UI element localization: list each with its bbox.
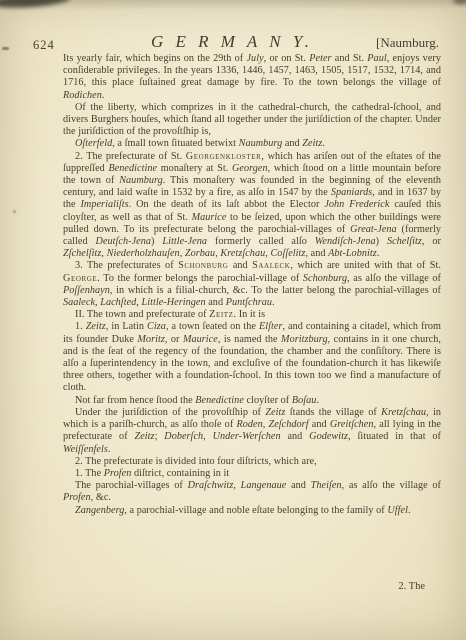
book-page-scan: 624 G E R M A N Y. [Naumburg. Its yearly…	[0, 0, 466, 640]
scan-edge-shading	[0, 0, 466, 10]
text-run: , as alſo the village of	[342, 480, 441, 491]
italic-text: Benedictine	[108, 163, 157, 174]
paragraph: Of the liberty, which comprizes in it th…	[63, 102, 441, 139]
small-caps-text: Zeitz	[209, 309, 233, 320]
text-run: .	[316, 395, 319, 406]
italic-text: Profen	[104, 468, 132, 479]
text-run: Under the juriſdiction of the provoſtſhi…	[75, 407, 265, 418]
italic-text: Zangenberg	[75, 505, 124, 516]
text-run: .	[322, 138, 325, 149]
paragraph: 2. The prefecturate is divided into four…	[63, 456, 441, 468]
text-run: 1.	[75, 321, 86, 332]
text-run: and	[281, 431, 310, 442]
text-run: and	[309, 419, 330, 430]
italic-text: Schelſitz	[387, 236, 422, 247]
italic-text: Deutſch-Jena	[96, 236, 151, 247]
text-run: 1. The	[75, 468, 104, 479]
body-text: Its yearly fair, which begins on the 29t…	[63, 53, 441, 517]
text-run: monaſtery at St.	[157, 163, 232, 174]
italic-text: Saaleck	[63, 297, 95, 308]
italic-text: Boſau	[292, 395, 317, 406]
text-run: ſtands the village of	[285, 407, 381, 418]
italic-text: Naumburg	[119, 175, 163, 186]
text-run: , as alſo the village of	[347, 273, 441, 284]
text-run: 2. The prefecturate is divided into four…	[75, 456, 317, 467]
text-run: II. The town and prefecturate of	[75, 309, 209, 320]
italic-text: Maurice	[192, 212, 227, 223]
text-run: . To the former belongs the parochial-vi…	[97, 273, 303, 284]
text-run: cloyſter of	[244, 395, 292, 406]
italic-text: Poſſenhayn	[63, 285, 110, 296]
italic-text: Little-Jena	[162, 236, 207, 247]
text-run: .	[377, 248, 380, 259]
italic-text: Theiſen	[311, 480, 342, 491]
text-run: .	[408, 505, 411, 516]
italic-text: Zorbau	[185, 248, 215, 259]
page-header: 624 G E R M A N Y. [Naumburg.	[33, 30, 441, 54]
paragraph: II. The town and prefecturate of Zeitz. …	[63, 309, 441, 321]
text-run: ;	[155, 431, 165, 442]
text-run: .	[108, 444, 111, 455]
running-head-keyword: [Naumburg.	[376, 35, 439, 51]
italic-text: Benedictine	[195, 395, 244, 406]
italic-text: Peter	[309, 53, 331, 64]
italic-text: Maurice	[183, 334, 218, 345]
italic-text: Schonburg	[303, 273, 347, 284]
italic-text: Ciza	[147, 321, 166, 332]
italic-text: Puntſchrau	[226, 297, 272, 308]
text-run: 2. The prefecturate of St.	[75, 151, 186, 162]
paragraph: 1. The Profen diſtrict, containing in it	[63, 468, 441, 480]
italic-text: Zeitz	[86, 321, 106, 332]
text-run: and	[286, 480, 310, 491]
italic-text: Great-Jena	[350, 224, 397, 235]
text-run: The parochial-villages of	[75, 480, 188, 491]
page-number: 624	[33, 38, 55, 53]
italic-text: Langenaue	[241, 480, 287, 491]
text-run: , a ſmall town ſituated betwixt	[112, 138, 238, 149]
text-run: formerly called alſo	[207, 236, 315, 247]
text-run: Of the liberty, which comprizes in it th…	[63, 102, 441, 137]
italic-text: Coſſelitz	[270, 248, 305, 259]
paragraph: Under the juriſdiction of the provoſtſhi…	[63, 407, 441, 456]
text-run: Its yearly fair, which begins on the 29t…	[63, 53, 246, 64]
text-run: , or	[165, 334, 183, 345]
italic-text: Profen	[63, 492, 91, 503]
small-caps-text: Schonburg	[178, 260, 228, 271]
running-title: G E R M A N Y.	[113, 32, 351, 52]
italic-text: Draſchwitz	[188, 480, 234, 491]
paragraph: 1. Zeitz, in Latin Ciza, a town ſeated o…	[63, 321, 441, 394]
italic-text: Moritzburg	[281, 334, 328, 345]
text-run: , is named the	[218, 334, 281, 345]
paragraph: Oſterfeld, a ſmall town ſituated betwixt…	[63, 138, 441, 150]
text-run: .	[272, 297, 275, 308]
small-caps-text: George	[63, 273, 97, 284]
text-run: )	[151, 236, 162, 247]
text-run: and St.	[332, 53, 368, 64]
italic-text: Lachſted	[100, 297, 136, 308]
text-run: )	[376, 236, 387, 247]
italic-text: Zeitz	[302, 138, 322, 149]
small-caps-text: Saaleck	[252, 260, 290, 271]
italic-text: Elſter	[259, 321, 283, 332]
italic-text: Kretzſchau	[220, 248, 265, 259]
italic-text: Weiſſenfels	[63, 444, 108, 455]
text-run: , or on St.	[264, 53, 310, 64]
paragraph: Not far from hence ſtood the Benedictine…	[63, 395, 441, 407]
italic-text: Little-Heringen	[142, 297, 206, 308]
catchword: 2. The	[398, 581, 425, 592]
italic-text: Uffel	[387, 505, 408, 516]
small-caps-text: Georgenkloster	[186, 151, 262, 162]
text-run: , in Latin	[106, 321, 147, 332]
italic-text: Wendiſch-Jena	[315, 236, 376, 247]
text-run: Not far from hence ſtood the	[75, 395, 195, 406]
italic-text: Niederholzhauſen	[107, 248, 180, 259]
italic-text: John Frederick	[324, 199, 389, 210]
text-run: and	[228, 260, 252, 271]
text-run: , &c.	[91, 492, 111, 503]
italic-text: Godewitz	[309, 431, 348, 442]
italic-text: Zeſchdorf	[269, 419, 309, 430]
text-run: ,	[233, 480, 240, 491]
italic-text: Kretzſchau	[381, 407, 426, 418]
text-run: , a parochial-village and noble eſtate b…	[124, 505, 387, 516]
italic-text: Zeitz	[265, 407, 285, 418]
italic-text: Under-Werſchen	[213, 431, 281, 442]
text-run: diſtrict, containing in it	[131, 468, 229, 479]
text-run: .	[102, 90, 105, 101]
text-run: , a town ſeated on the	[166, 321, 259, 332]
text-run: . In it is	[234, 309, 266, 320]
text-run: , ſituated in that of	[348, 431, 441, 442]
text-run: , or	[422, 236, 441, 247]
paragraph: 2. The prefecturate of St. Georgenkloste…	[63, 151, 441, 261]
text-run: and	[206, 297, 226, 308]
italic-text: Roden	[236, 419, 262, 430]
italic-text: Zeitz	[134, 431, 154, 442]
paragraph: Its yearly fair, which begins on the 29t…	[63, 53, 441, 102]
text-run: 3. The prefecturates of	[75, 260, 178, 271]
italic-text: Greitſchen	[330, 419, 374, 430]
italic-text: Georgen	[232, 163, 268, 174]
italic-text: Zſchelſitz	[63, 248, 101, 259]
italic-text: Imperialiſts	[80, 199, 128, 210]
paragraph: The parochial-villages of Draſchwitz, La…	[63, 480, 441, 504]
italic-text: Doberſch	[164, 431, 203, 442]
scan-speck	[2, 47, 9, 50]
text-run: , which are united with that of St.	[290, 260, 441, 271]
italic-text: Oſterfeld	[75, 138, 112, 149]
text-run: and	[282, 138, 302, 149]
text-run: ,	[203, 431, 212, 442]
italic-text: Paul	[367, 53, 386, 64]
text-run: . On the death of its laſt abbot the Ele…	[129, 199, 325, 210]
italic-text: Abt-Lobnitz	[328, 248, 377, 259]
italic-text: Rodichen	[63, 90, 102, 101]
paragraph: 3. The prefecturates of Schonburg and Sa…	[63, 260, 441, 309]
italic-text: Moritz	[137, 334, 164, 345]
italic-text: Spaniards	[331, 187, 372, 198]
text-run: , and	[305, 248, 328, 259]
paragraph: Zangenberg, a parochial-village and nobl…	[63, 505, 441, 517]
text-run: , in which is a filial-church, &c. To th…	[110, 285, 441, 296]
scan-speck	[13, 210, 16, 213]
italic-text: July	[246, 53, 263, 64]
italic-text: Naumburg	[239, 138, 283, 149]
